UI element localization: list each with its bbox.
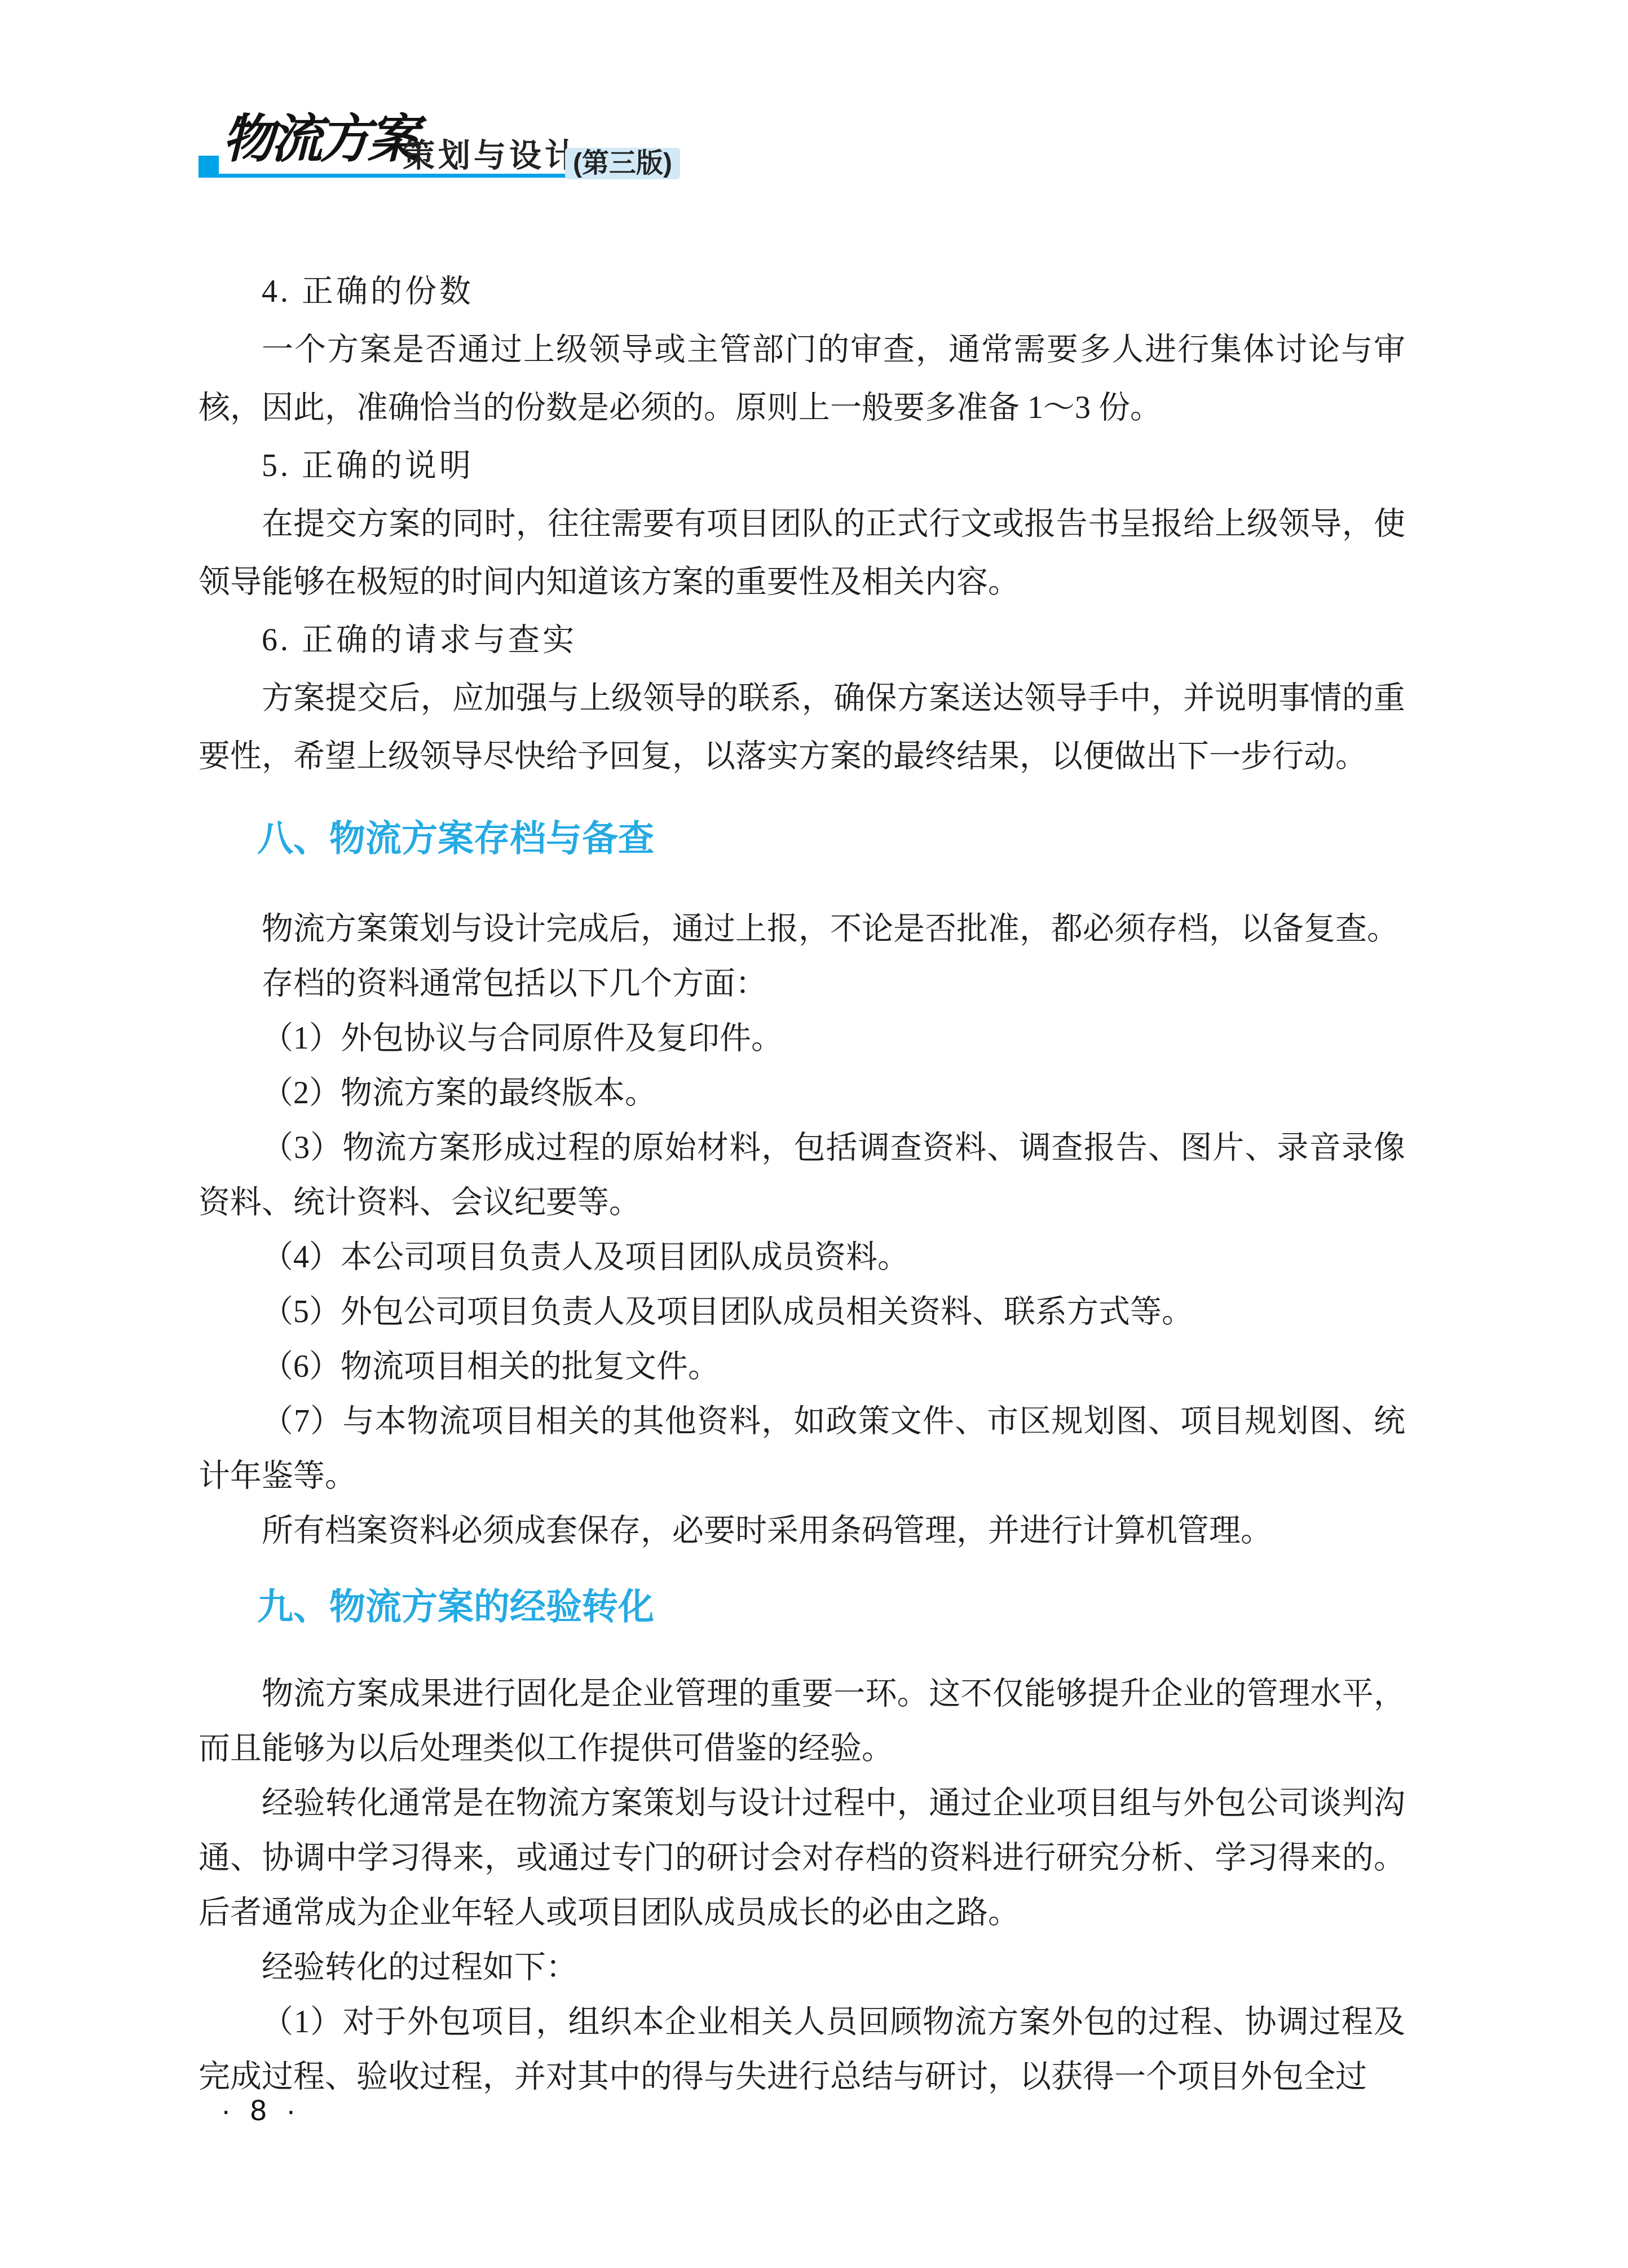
section-archive: 物流方案策划与设计完成后，通过上报，不论是否批准，都必须存档，以备复查。 存档的… [198,902,1405,1558]
book-logo-subtitle: 策划与设计 [403,139,580,173]
body-paragraph: 物流方案策划与设计完成后，通过上报，不论是否批准，都必须存档，以备复查。 [198,902,1405,957]
book-logo-title: 物流方案 [222,111,416,168]
body-paragraph: 经验转化通常是在物流方案策划与设计过程中，通过企业项目组与外包公司谈判沟通、协调… [198,1776,1405,1940]
section-experience: 物流方案成果进行固化是企业管理的重要一环。这不仅能够提升企业的管理水平，而且能够… [198,1667,1405,2104]
body-paragraph: 物流方案成果进行固化是企业管理的重要一环。这不仅能够提升企业的管理水平，而且能够… [198,1667,1405,1776]
book-page: 物流方案 策划与设计 (第三版) 4. 正确的份数 一个方案是否通过上级领导或主… [0,0,1628,2268]
list-item: （3）物流方案形成过程的原始材料，包括调查资料、调查报告、图片、录音录像资料、统… [198,1121,1405,1230]
subitem-heading: 6. 正确的请求与查实 [198,611,1405,670]
edition-badge: (第三版) [565,148,680,179]
body-paragraph: 在提交方案的同时，往往需要有项目团队的正式行文或报告书呈报给上级领导，使领导能够… [198,495,1405,611]
body-paragraph: 所有档案资料必须成套保存，必要时采用条码管理，并进行计算机管理。 [198,1504,1405,1558]
body-paragraph: 一个方案是否通过上级领导或主管部门的审查，通常需要多人进行集体讨论与审核，因此，… [198,321,1405,437]
body-paragraph: 方案提交后，应加强与上级领导的联系，确保方案送达领导手中，并说明事情的重要性，希… [198,670,1405,786]
list-item: （5）外包公司项目负责人及项目团队成员相关资料、联系方式等。 [198,1285,1405,1340]
section-correct-practices: 4. 正确的份数 一个方案是否通过上级领导或主管部门的审查，通常需要多人进行集体… [198,263,1405,786]
list-item: （1）外包协议与合同原件及复印件。 [198,1011,1405,1066]
body-paragraph: 存档的资料通常包括以下几个方面： [198,957,1405,1011]
list-item: （7）与本物流项目相关的其他资料，如政策文件、市区规划图、项目规划图、统计年鉴等… [198,1394,1405,1504]
body-paragraph: 经验转化的过程如下： [198,1940,1405,1995]
list-item: （1）对于外包项目，组织本企业相关人员回顾物流方案外包的过程、协调过程及完成过程… [198,1995,1405,2104]
section-heading-experience: 九、物流方案的经验转化 [198,1582,1405,1631]
page-content: 4. 正确的份数 一个方案是否通过上级领导或主管部门的审查，通常需要多人进行集体… [198,263,1405,2104]
section-heading-archive: 八、物流方案存档与备查 [198,814,1405,862]
subitem-heading: 5. 正确的说明 [198,437,1405,495]
list-item: （2）物流方案的最终版本。 [198,1066,1405,1121]
brand-accent-square [198,156,219,174]
subitem-heading: 4. 正确的份数 [198,263,1405,321]
list-item: （4）本公司项目负责人及项目团队成员资料。 [198,1230,1405,1285]
list-item: （6）物流项目相关的批复文件。 [198,1340,1405,1394]
page-number: · 8 · [221,2094,301,2128]
